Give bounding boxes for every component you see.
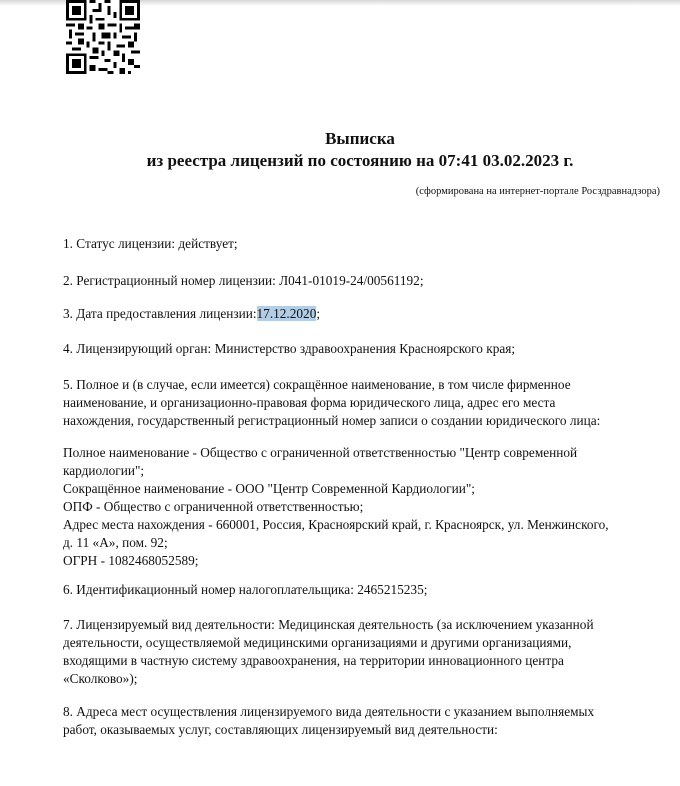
item-activity-type: 7. Лицензируемый вид деятельности: Медиц… — [63, 616, 668, 688]
short-name: Сокращённое наименование - ООО "Центр Со… — [63, 480, 668, 498]
item-activity-addresses: 8. Адреса мест осуществления лицензируем… — [63, 703, 668, 739]
ogrn: ОГРН - 1082468052589; — [63, 552, 668, 570]
qr-code-icon — [66, 0, 140, 74]
license-date-value[interactable]: 17.12.2020 — [257, 306, 317, 321]
item-registration-number: 2. Регистрационный номер лицензии: Л041-… — [63, 272, 668, 290]
license-date-end: ; — [316, 306, 320, 321]
portal-note: (сформирована на интернет-портале Росздр… — [416, 186, 660, 197]
item-licensing-authority: 4. Лицензирующий орган: Министерство здр… — [63, 340, 668, 358]
address: Адрес места нахождения - 660001, Россия,… — [63, 516, 668, 534]
item-inn: 6. Идентификационный номер налогоплатель… — [63, 581, 668, 599]
document-title: Выписка — [0, 129, 680, 149]
full-name: Полное наименование - Общество с огранич… — [63, 444, 668, 462]
legal-entity-details: Полное наименование - Общество с огранич… — [63, 444, 668, 570]
item-legal-entity-heading: 5. Полное и (в случае, если имеется) сок… — [63, 376, 668, 430]
item-license-status: 1. Статус лицензии: действует; — [63, 235, 668, 253]
opf: ОПФ - Общество с ограниченной ответствен… — [63, 498, 668, 516]
license-date-label: 3. Дата предоставления лицензии: — [63, 306, 257, 321]
document-subtitle: из реестра лицензий по состоянию на 07:4… — [0, 151, 680, 171]
item-license-date: 3. Дата предоставления лицензии:17.12.20… — [63, 305, 668, 323]
